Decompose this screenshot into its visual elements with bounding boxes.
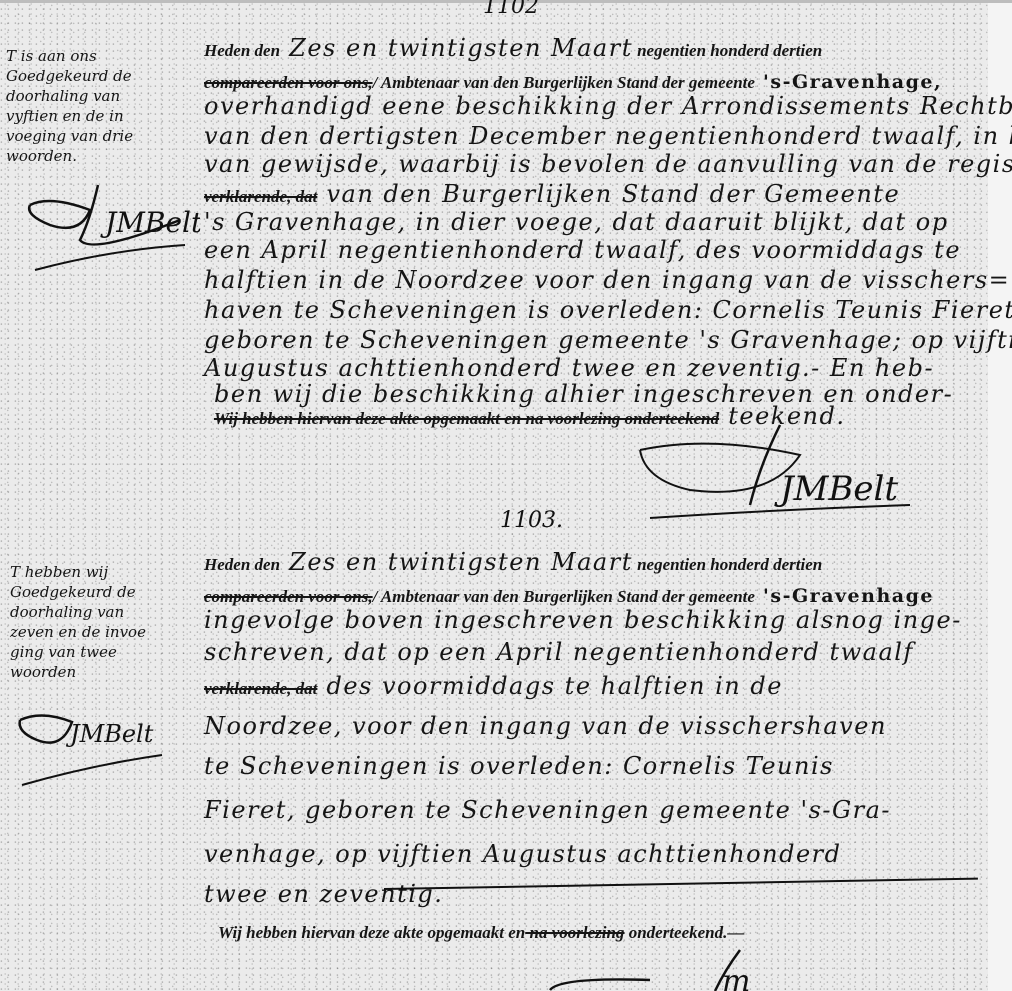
line-1102-7: 's Gravenhage, in dier voege, dat daarui… [204, 208, 949, 236]
line-1102-6: verklarende, dat van den Burgerlijken St… [204, 180, 900, 208]
line-1102-12: Augustus achttienhonderd twee en zeventi… [204, 354, 934, 382]
margin-line: woorden. [6, 146, 133, 166]
line-1103-5: verklarende, dat des voormiddags te half… [204, 672, 783, 700]
line-1102-11: geboren te Scheveningen gemeente 's Grav… [204, 326, 1012, 354]
margin-line: voeging van drie [6, 126, 133, 146]
line-1102-4: van den dertigsten December negentienhon… [204, 122, 1012, 150]
line-1103-11: Wij hebben hiervan deze akte opgemaakt e… [218, 916, 744, 944]
margin-signature-1102: JMBelt [20, 180, 200, 275]
act-number-1103: 1103. [500, 508, 563, 533]
svg-text:m: m [722, 964, 750, 991]
margin-line: doorhaling van [10, 602, 146, 622]
margin-line: Goedgekeurd de [6, 66, 133, 86]
line-1102-5: van gewijsde, waarbij is bevolen de aanv… [204, 150, 1012, 178]
line-1103-8: Fieret, geboren te Scheveningen gemeente… [204, 796, 891, 824]
margin-note-1102: T is aan ons Goedgekeurd de doorhaling v… [6, 46, 133, 166]
line-1103-7: te Scheveningen is overleden: Cornelis T… [204, 752, 834, 780]
svg-text:JMBelt: JMBelt [100, 206, 200, 239]
act-number-1102: 1102 [483, 0, 539, 19]
line-1102-9: halftien in de Noordzee voor den ingang … [204, 266, 1010, 294]
margin-line: zeven en de invoe [10, 622, 146, 642]
margin-line: Goedgekeurd de [10, 582, 146, 602]
line-1102-3: overhandigd eene beschikking der Arrondi… [204, 92, 1012, 120]
margin-line: T hebben wij [10, 562, 146, 582]
line-1103-3: ingevolge boven ingeschreven beschikking… [204, 606, 962, 634]
margin-signature-1103: JMBelt [12, 700, 192, 790]
margin-line: T is aan ons [6, 46, 133, 66]
margin-line: vyftien en de in [6, 106, 133, 126]
margin-line: woorden [10, 662, 146, 682]
margin-line: doorhaling van [6, 86, 133, 106]
line-1102-10: haven te Scheveningen is overleden: Corn… [204, 296, 1012, 324]
signature-1102: JMBelt [630, 420, 930, 520]
signature-1103: m [540, 945, 780, 991]
svg-text:JMBelt: JMBelt [65, 720, 154, 748]
line-1103-4: schreven, dat op een April negentienhond… [204, 638, 914, 666]
line-1103-10: twee en zeventig. [204, 880, 443, 908]
margin-line: ging van twee [10, 642, 146, 662]
svg-text:JMBelt: JMBelt [774, 469, 898, 509]
line-1103-6: Noordzee, voor den ingang van de vissche… [204, 712, 887, 740]
margin-note-1103: T hebben wij Goedgekeurd de doorhaling v… [10, 562, 146, 682]
line-1102-8: een April negentienhonderd twaalf, des v… [204, 236, 961, 264]
line-1103-1: Heden den Zes en twintigsten Maart negen… [204, 548, 822, 576]
line-1102-1: Heden den Zes en twintigsten Maart negen… [204, 34, 822, 62]
line-1102-2: compareerden voor ons,/ Ambtenaar van de… [204, 66, 942, 94]
line-1103-9: venhage, op vijftien Augustus achttienho… [204, 840, 842, 868]
line-1103-2: compareerden voor ons,/ Ambtenaar van de… [204, 580, 934, 608]
